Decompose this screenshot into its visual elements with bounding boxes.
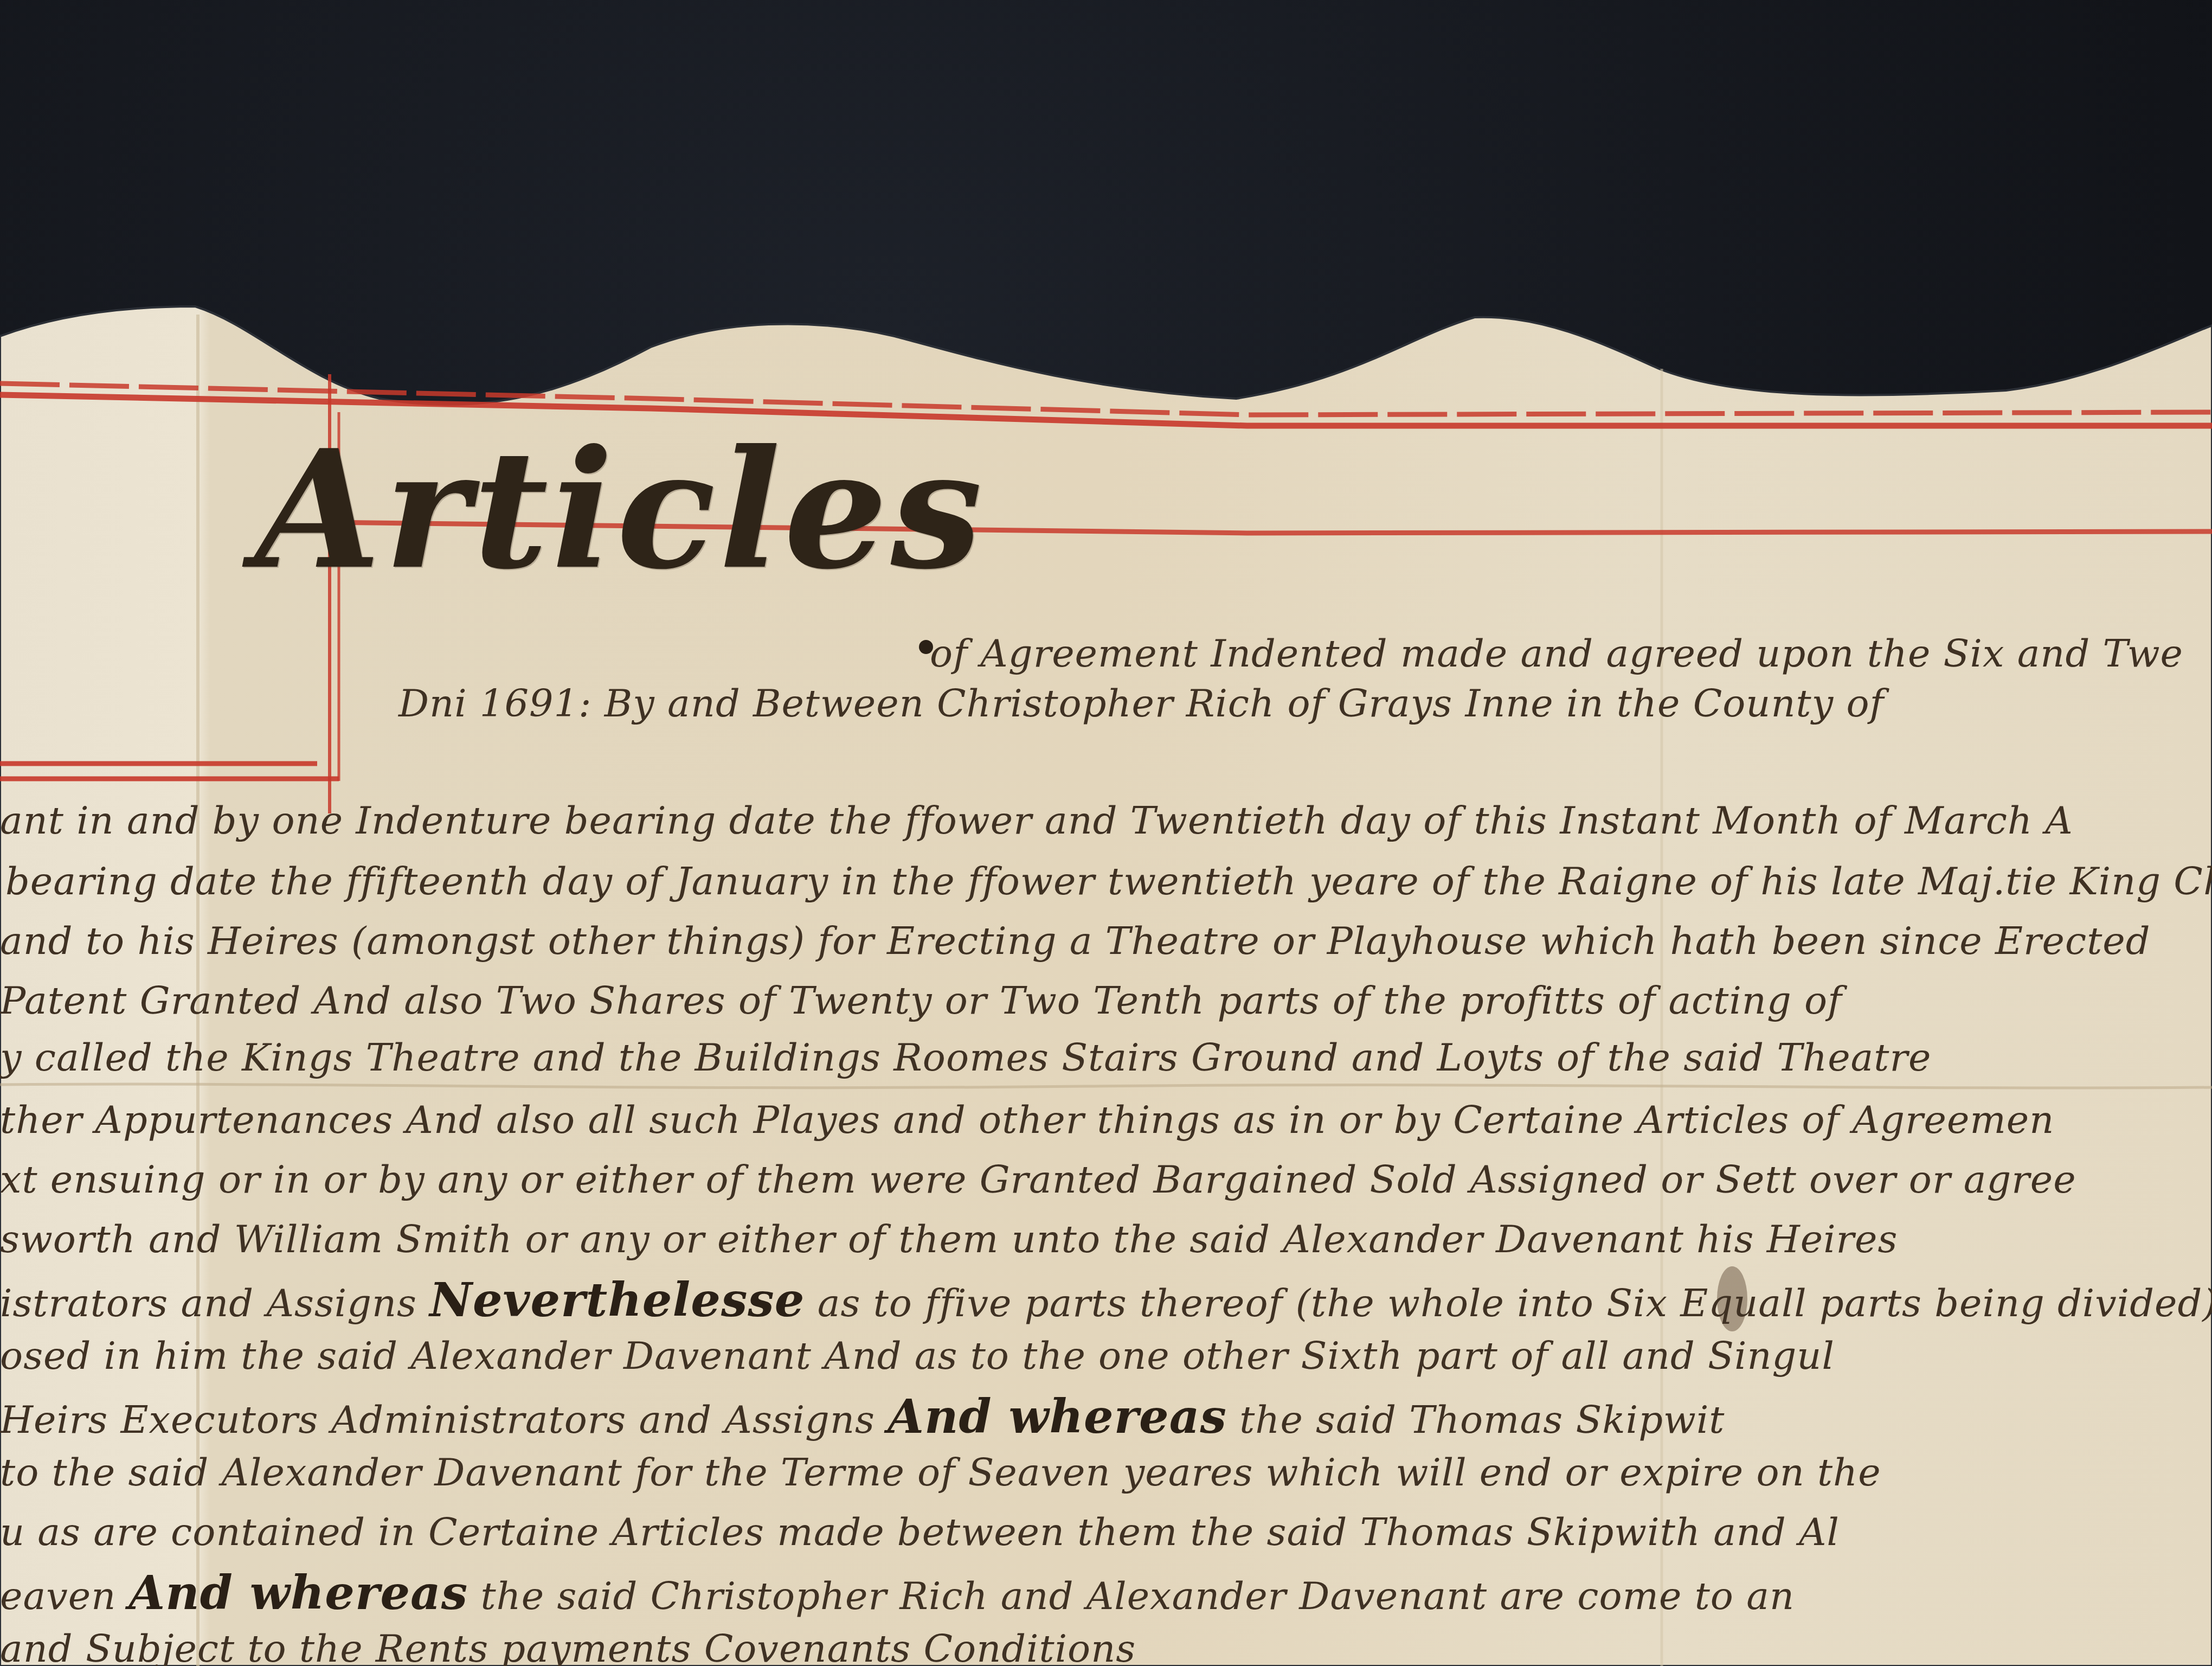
text-line-11: istrators and Assigns Neverthelesse as t… xyxy=(0,1277,2212,1324)
text-line-7: y called the Kings Theatre and the Build… xyxy=(0,1039,1931,1077)
text-line-13: Heirs Executors Administrators and Assig… xyxy=(0,1394,1725,1440)
emphasis-and-whereas-2: And whereas xyxy=(128,1566,468,1620)
text-line-10: sworth and William Smith or any or eithe… xyxy=(0,1220,1898,1258)
text-line-16: eaven And whereas the said Christopher R… xyxy=(0,1570,1795,1617)
line-16-suffix: the said Christopher Rich and Alexander … xyxy=(468,1574,1795,1618)
line-13-prefix: Heirs Executors Administrators and Assig… xyxy=(0,1398,888,1442)
emphasis-and-whereas-1: And whereas xyxy=(888,1389,1227,1444)
text-line-9: xt ensuing or in or by any or either of … xyxy=(0,1161,2076,1199)
document-heading: Articles xyxy=(255,428,986,591)
emphasis-neverthelesse: Neverthelesse xyxy=(429,1273,805,1328)
text-line-14: to the said Alexander Davenant for the T… xyxy=(0,1453,1881,1491)
line-11-suffix: as to ffive parts thereof (the whole int… xyxy=(805,1281,2212,1325)
line-11-prefix: istrators and Assigns xyxy=(0,1281,429,1325)
text-line-12: osed in him the said Alexander Davenant … xyxy=(0,1337,1835,1375)
text-line-8: ther Appurtenances And also all such Pla… xyxy=(0,1101,2054,1139)
text-line-6: Patent Granted And also Two Shares of Tw… xyxy=(0,982,1842,1020)
text-line-2: Dni 1691: By and Between Christopher Ric… xyxy=(398,684,1884,722)
text-line-1: of Agreement Indented made and agreed up… xyxy=(930,635,2183,672)
text-line-15: u as are contained in Certaine Articles … xyxy=(0,1513,1840,1551)
text-line-5: and to his Heires (amongst other things)… xyxy=(0,922,2151,960)
text-line-17: and Subject to the Rents payments Covena… xyxy=(0,1630,1136,1666)
line-16-prefix: eaven xyxy=(0,1574,128,1618)
line-13-suffix: the said Thomas Skipwit xyxy=(1227,1398,1725,1442)
text-line-3: ant in and by one Indenture bearing date… xyxy=(0,802,2073,840)
text-line-4: bearing date the ffifteenth day of Janua… xyxy=(5,862,2212,900)
